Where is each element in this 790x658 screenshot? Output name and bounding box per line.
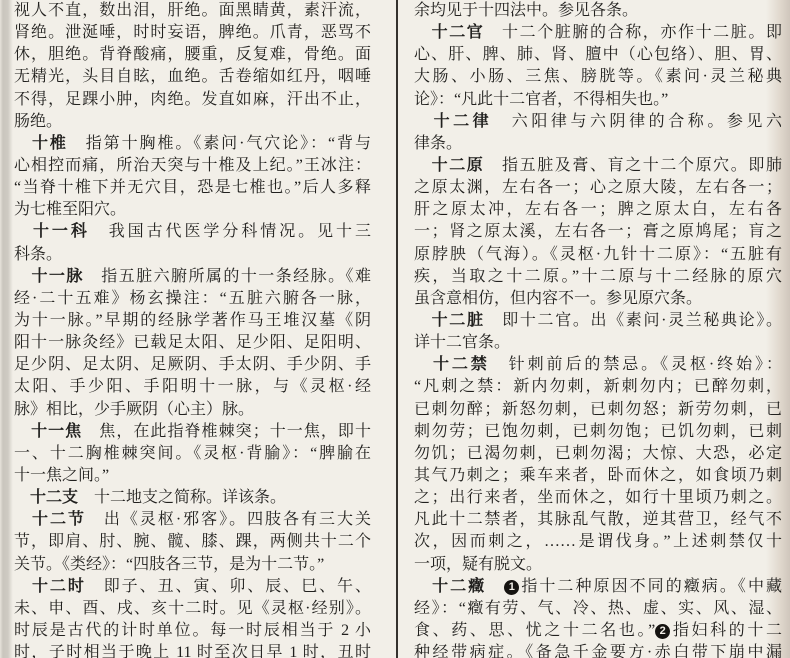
column-divider-line [396, 0, 398, 658]
text-line: 已刺勿醉；新怒勿刺，已刺勿怒；新劳勿刺，已 [414, 399, 782, 421]
text-segment [414, 312, 432, 329]
text-segment [14, 489, 30, 506]
text-line: 十二原 指五脏及膏、肓之十二个原穴。即肺 [414, 155, 782, 177]
text-line: 详十二官条。 [414, 332, 782, 354]
text-line: 十二律 六阳律与六阴律的合称。参见六 [414, 111, 782, 133]
text-segment: 余均见于十四法中。参见各条。 [414, 2, 638, 19]
text-column-right: 余均见于十四法中。参见各条。 十二官 十二个脏腑的合称，亦作十二脏。即心、肝、脾… [414, 0, 782, 658]
text-segment: 视人不直，数出泪，肝绝。面黑睛黄，素汗流， [14, 2, 371, 19]
text-segment: 勿饥；已渴勿刺，已刺勿渴；大惊、大恐，必定 [414, 445, 782, 462]
text-segment: “当脊十椎下并无穴目，恐是七椎也。”后人多释 [14, 179, 371, 196]
text-segment: 十一焦之间。” [14, 467, 109, 484]
book-page: 视人不直，数出泪，肝绝。面黑睛黄，素汗流，肾绝。泄涎唾，时时妄语，脾绝。爪青，恶… [0, 0, 790, 658]
text-segment: 之原太渊，左右各一；心之原大陵，左右各一； [414, 179, 782, 196]
text-line: 无精光，头目自眩，血绝。舌卷缩如红丹，咽唾 [14, 66, 371, 88]
text-segment: 出《灵枢·邪客》。四肢各有三大关 [86, 511, 371, 528]
entry-headword: 十二官 [432, 24, 485, 41]
text-segment: 时辰是古代的计时单位。每一时辰相当于 2 小 [14, 622, 371, 639]
text-segment: 其气乃刺之；乘车来者，卧而休之，如食顷乃刺 [414, 467, 782, 484]
text-line: 十二癥 1指十二种原因不同的癥病。《中藏 [414, 576, 782, 598]
text-segment [14, 223, 33, 240]
text-segment: 凡此十二禁者，其脉乱气散，逆其营卫，经气不 [414, 511, 782, 528]
text-segment: 刺勿劳；已饱勿刺，已刺勿饱；已饥勿刺，已刺 [414, 423, 782, 440]
text-line: 种经带病症。《备急千金要方·赤白带下崩中漏 [414, 642, 782, 658]
text-segment: 为七椎至阳穴。 [14, 201, 126, 218]
text-segment: 时，子时相当于晚上 11 时至次日早 1 时，丑时 [14, 644, 371, 658]
entry-headword: 十二节 [32, 511, 86, 528]
text-segment: 经·二十五难》杨玄操注：“五脏六腑各一脉， [14, 290, 371, 307]
text-segment: 不得，足踝小肿，肉绝。发直如麻，汗出不止， [14, 91, 371, 108]
text-line: 刺勿劳；已饱勿刺，已刺勿饱；已饥勿刺，已刺 [414, 421, 782, 443]
text-segment: 肠绝。 [14, 113, 62, 130]
text-segment: 十二地支之简称。详该条。 [78, 489, 286, 506]
text-segment: 大肠、小肠、三焦、膀胱等。《素问·灵兰秘典 [414, 68, 782, 85]
entry-headword: 十二原 [432, 157, 485, 174]
text-segment: 指妇科的十二 [670, 622, 782, 639]
text-segment: 指第十胸椎。《素问·气穴论》：“背与 [68, 135, 371, 152]
text-segment: 阳十一脉灸经》已载足太阳、足少阳、足阳明、 [14, 334, 371, 351]
text-segment: 无精光，头目自眩，血绝。舌卷缩如红丹，咽唾 [14, 68, 371, 85]
text-line: 十一焦 焦，在此指脊椎棘突；十一焦，即十 [14, 421, 371, 443]
text-segment: 即子、丑、寅、卯、辰、巳、午、 [86, 578, 371, 595]
text-segment: 太阳、手少阳、手阳明十一脉，与《灵枢·经 [14, 378, 371, 395]
text-line: 肠绝。 [14, 111, 371, 133]
text-segment: 指五脏六腑所属的十一条经脉。《难 [84, 268, 371, 285]
text-segment [414, 24, 432, 41]
text-segment: 我国古代医学分科情况。见十三 [90, 223, 371, 240]
circled-number: 1 [504, 580, 519, 595]
text-segment: 科条。 [14, 246, 62, 263]
text-line: 之原太渊，左右各一；心之原大陵，左右各一； [414, 177, 782, 199]
entry-headword: 十二支 [30, 489, 78, 506]
entry-headword: 十一焦 [31, 423, 82, 440]
text-segment: 脉》相比，少手厥阴（心主）脉。 [14, 401, 254, 418]
text-segment: 论》：“凡此十二官者，不得相失也。” [414, 91, 668, 108]
text-line: 心、肝、脾、肺、肾、膻中（心包络）、胆、胃、 [414, 44, 782, 66]
text-line: 休，胆绝。背脊酸痛，腰重，反复难，骨绝。面 [14, 44, 371, 66]
text-line: 经》：“癥有劳、气、冷、热、虚、实、风、湿、 [414, 598, 782, 620]
text-segment: “凡刺之禁：新内勿刺，新刺勿内；已醉勿刺， [414, 378, 782, 395]
text-segment: 指十二种原因不同的癥病。《中藏 [519, 578, 782, 595]
text-line: 太阳、手少阳、手阳明十一脉，与《灵枢·经 [14, 376, 371, 398]
text-segment: 心、肝、脾、肺、肾、膻中（心包络）、胆、胃、 [414, 46, 782, 63]
text-line: 不得，足踝小肿，肉绝。发直如麻，汗出不止， [14, 89, 371, 111]
text-segment: 足少阴、足太阴、足厥阴、手太阴、手少阴、手 [14, 356, 371, 373]
text-line: 论》：“凡此十二官者，不得相失也。” [414, 89, 782, 111]
text-segment: 关节。《类经》：“四肢各三节，是为十二节。” [14, 556, 324, 573]
text-segment: 焦，在此指脊椎棘突；十一焦，即十 [82, 423, 371, 440]
text-line: 次，因而刺之，……是谓伐身。”上述刺禁仅十 [414, 531, 782, 553]
text-segment [14, 268, 31, 285]
text-segment [14, 578, 32, 595]
text-line: 节，即肩、肘、腕、髋、膝、踝，两侧共十二个 [14, 531, 371, 553]
text-line: 经·二十五难》杨玄操注：“五脏六腑各一脉， [14, 288, 371, 310]
text-segment: 未、申、酉、戌、亥十二时。见《灵枢·经别》。 [14, 600, 371, 617]
text-line: 心相控而痛，所治天突与十椎及上纪。”王冰注： [14, 155, 371, 177]
text-line: 关节。《类经》：“四肢各三节，是为十二节。” [14, 554, 371, 576]
text-line: 脉》相比，少手厥阴（心主）脉。 [14, 399, 371, 421]
text-line: 十一科 我国古代医学分科情况。见十三 [14, 221, 371, 243]
text-line: 一、十二胸椎棘突间。《灵枢·背腧》：“脾腧在 [14, 443, 371, 465]
entry-headword: 十一科 [33, 223, 90, 240]
text-segment: 肾绝。泄涎唾，时时妄语，脾绝。爪青，恶骂不 [14, 24, 371, 41]
text-line: 肝之原太冲，左右各一；脾之原太白，左右各 [414, 199, 782, 221]
text-segment [414, 356, 433, 373]
text-line: 十二支 十二地支之简称。详该条。 [14, 487, 371, 509]
text-line: 凡此十二禁者，其脉乱气散，逆其营卫，经气不 [414, 509, 782, 531]
text-segment: 十二个脏腑的合称，亦作十二脏。即 [484, 24, 782, 41]
text-line: “当脊十椎下并无穴目，恐是七椎也。”后人多释 [14, 177, 371, 199]
text-segment: 一、十二胸椎棘突间。《灵枢·背腧》：“脾腧在 [14, 445, 371, 462]
entry-headword: 十二时 [32, 578, 86, 595]
text-segment: 一；肾之原太溪，左右各一；膏之原鸠尾；肓之 [414, 223, 782, 240]
text-segment: 肝之原太冲，左右各一；脾之原太白，左右各 [414, 201, 782, 218]
text-segment [14, 511, 32, 528]
text-line: 十一脉 指五脏六腑所属的十一条经脉。《难 [14, 266, 371, 288]
text-line: 原脖胦（气海）。《灵枢·九针十二原》：“五脏有 [414, 244, 782, 266]
text-segment: 即十二官。出《素问·灵兰秘典论》。 [485, 312, 782, 329]
text-segment: 心相控而痛，所治天突与十椎及上纪。”王冰注： [14, 157, 371, 174]
text-segment: 之；出行来者，坐而休之，如行十里顷乃刺之。 [414, 489, 782, 506]
text-line: 十椎 指第十胸椎。《素问·气穴论》：“背与 [14, 133, 371, 155]
text-segment [414, 157, 432, 174]
entry-headword: 十椎 [32, 135, 68, 152]
text-line: 为十一脉。”早期的经脉学著作马王堆汉墓《阴 [14, 310, 371, 332]
entry-headword: 十二癥 [432, 578, 486, 595]
text-segment: 详十二官条。 [414, 334, 510, 351]
text-line: 之；出行来者，坐而休之，如行十里顷乃刺之。 [414, 487, 782, 509]
text-line: 虽含意相仿，但内容不一。参见原穴条。 [414, 288, 782, 310]
text-segment: 次，因而刺之，……是谓伐身。”上述刺禁仅十 [414, 533, 782, 550]
text-line: 为七椎至阳穴。 [14, 199, 371, 221]
text-line: 余均见于十四法中。参见各条。 [414, 0, 782, 22]
text-line: 其气乃刺之；乘车来者，卧而休之，如食顷乃刺 [414, 465, 782, 487]
text-line: 律条。 [414, 133, 782, 155]
text-segment [486, 578, 504, 595]
text-line: 十二禁 针刺前后的禁忌。《灵枢·终始》： [414, 354, 782, 376]
text-line: 食、药、思、忧之十二名也。”2指妇科的十二 [414, 620, 782, 642]
text-column-left: 视人不直，数出泪，肝绝。面黑睛黄，素汗流，肾绝。泄涎唾，时时妄语，脾绝。爪青，恶… [14, 0, 371, 658]
text-line: “凡刺之禁：新内勿刺，新刺勿内；已醉勿刺， [414, 376, 782, 398]
text-line: 疾，当取之十二原。”十二原与十二经脉的原穴 [414, 266, 782, 288]
text-line: 视人不直，数出泪，肝绝。面黑睛黄，素汗流， [14, 0, 371, 22]
entry-headword: 十二禁 [433, 356, 490, 373]
text-line: 足少阴、足太阴、足厥阴、手太阴、手少阴、手 [14, 354, 371, 376]
text-segment: 已刺勿醉；新怒勿刺，已刺勿怒；新劳勿刺，已 [414, 401, 782, 418]
text-segment: 律条。 [414, 135, 462, 152]
text-segment [414, 113, 434, 130]
text-line: 十二时 即子、丑、寅、卯、辰、巳、午、 [14, 576, 371, 598]
text-segment: 为十一脉。”早期的经脉学著作马王堆汉墓《阴 [14, 312, 371, 329]
text-segment: 经》：“癥有劳、气、冷、热、虚、实、风、湿、 [414, 600, 782, 617]
entry-headword: 十一脉 [31, 268, 83, 285]
text-line: 勿饥；已渴勿刺，已刺勿渴；大惊、大恐，必定 [414, 443, 782, 465]
text-line: 时辰是古代的计时单位。每一时辰相当于 2 小 [14, 620, 371, 642]
text-segment: 节，即肩、肘、腕、髋、膝、踝，两侧共十二个 [14, 533, 371, 550]
text-segment: 种经带病症。《备急千金要方·赤白带下崩中漏 [414, 644, 782, 658]
text-line: 十二官 十二个脏腑的合称，亦作十二脏。即 [414, 22, 782, 44]
circled-number: 2 [655, 624, 670, 639]
text-segment: 休，胆绝。背脊酸痛，腰重，反复难，骨绝。面 [14, 46, 371, 63]
text-line: 十一焦之间。” [14, 465, 371, 487]
text-line: 大肠、小肠、三焦、膀胱等。《素问·灵兰秘典 [414, 66, 782, 88]
text-line: 一；肾之原太溪，左右各一；膏之原鸠尾；肓之 [414, 221, 782, 243]
text-segment: 疾，当取之十二原。”十二原与十二经脉的原穴 [414, 268, 782, 285]
text-line: 十二节 出《灵枢·邪客》。四肢各有三大关 [14, 509, 371, 531]
text-segment: 六阳律与六阴律的合称。参见六 [492, 113, 782, 130]
text-line: 阳十一脉灸经》已载足太阳、足少阳、足阳明、 [14, 332, 371, 354]
text-segment: 针刺前后的禁忌。《灵枢·终始》： [490, 356, 782, 373]
text-line: 未、申、酉、戌、亥十二时。见《灵枢·经别》。 [14, 598, 371, 620]
text-segment: 指五脏及膏、肓之十二个原穴。即肺 [484, 157, 782, 174]
text-line: 时，子时相当于晚上 11 时至次日早 1 时，丑时 [14, 642, 371, 658]
text-segment [14, 135, 32, 152]
text-segment: 原脖胦（气海）。《灵枢·九针十二原》：“五脏有 [414, 246, 782, 263]
text-line: 科条。 [14, 244, 371, 266]
text-segment [14, 423, 31, 440]
text-line: 肾绝。泄涎唾，时时妄语，脾绝。爪青，恶骂不 [14, 22, 371, 44]
entry-headword: 十二律 [434, 113, 493, 130]
entry-headword: 十二脏 [432, 312, 485, 329]
text-segment: 一项，疑有脱文。 [414, 556, 542, 573]
text-segment: 食、药、思、忧之十二名也。” [414, 622, 655, 639]
page-edge-left [0, 0, 13, 658]
text-line: 一项，疑有脱文。 [414, 554, 782, 576]
text-line: 十二脏 即十二官。出《素问·灵兰秘典论》。 [414, 310, 782, 332]
text-segment: 虽含意相仿，但内容不一。参见原穴条。 [414, 290, 702, 307]
text-segment [414, 578, 432, 595]
